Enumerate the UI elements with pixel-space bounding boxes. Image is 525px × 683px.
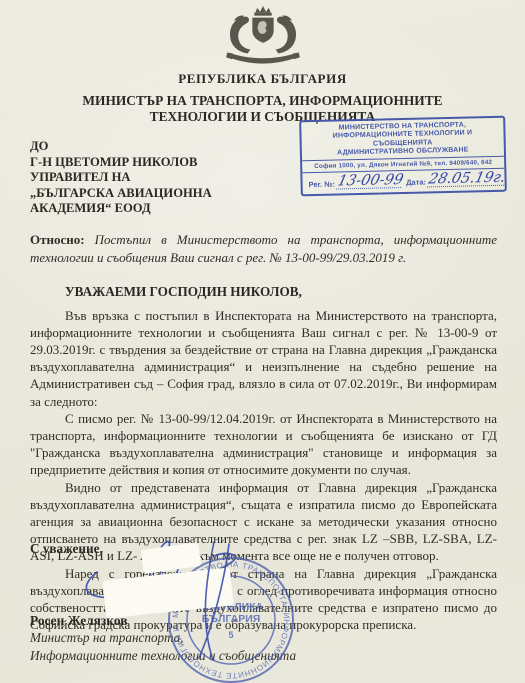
registration-stamp: МИНИСТЕРСТВО НА ТРАНСПОРТА, ИНФОРМАЦИОНН… (299, 116, 507, 197)
addressee-line: УПРАВИТЕЛ НА (30, 170, 295, 186)
letterhead: РЕПУБЛИКА БЪЛГАРИЯ МИНИСТЪР НА ТРАНСПОРТ… (0, 0, 525, 124)
date-handwritten: 28.05.19г. (427, 172, 507, 188)
registration-stamp-org: МИНИСТЕРСТВО НА ТРАНСПОРТА, ИНФОРМАЦИОНН… (301, 118, 504, 162)
letter-body: Във връзка с постъпил в Инспектората на … (30, 307, 497, 634)
signer-role-line: Министър на транспорта, (30, 629, 296, 647)
signer-block: Росен Желязков Министър на транспорта, И… (30, 613, 296, 664)
addressee-line: ДО (30, 139, 295, 155)
date-label: Дата: (406, 178, 426, 188)
subject-block: Относно: Постъпил в Министерството на тр… (30, 231, 497, 267)
reg-number-label: Рег. №: (309, 180, 336, 191)
scanned-letter-page: РЕПУБЛИКА БЪЛГАРИЯ МИНИСТЪР НА ТРАНСПОРТ… (0, 0, 525, 683)
bulgarian-coat-of-arms-icon (202, 5, 324, 67)
signer-role-line: Информационните технологии и съобщенията (30, 647, 296, 665)
reg-number-handwritten: 13-00-99 (336, 174, 404, 190)
addressee-line: „БЪЛГАРСКА АВИАЦИОННА АКАДЕМИЯ“ ЕООД (30, 186, 295, 217)
addressee-block: ДО Г-Н ЦВЕТОМИР НИКОЛОВ УПРАВИТЕЛ НА „БЪ… (30, 139, 295, 217)
paragraph: Във връзка с постъпил в Инспектората на … (30, 307, 497, 410)
subject-label: Относно: (30, 232, 85, 247)
closing-phrase: С уважение, (30, 541, 103, 557)
stamp-reg-row: Рег. №: 13-00-99 Дата: 28.05.19г. (302, 169, 504, 195)
signer-name: Росен Желязков (30, 613, 296, 629)
republic-title: РЕПУБЛИКА БЪЛГАРИЯ (0, 71, 525, 87)
subject-text: Постъпил в Министерството на транспорта,… (30, 232, 497, 265)
salutation: УВАЖАЕМИ ГОСПОДИН НИКОЛОВ, (30, 284, 497, 300)
addressee-line: Г-Н ЦВЕТОМИР НИКОЛОВ (30, 155, 295, 171)
paragraph: С писмо рег. № 13-00-99/12.04.2019г. от … (30, 410, 497, 479)
